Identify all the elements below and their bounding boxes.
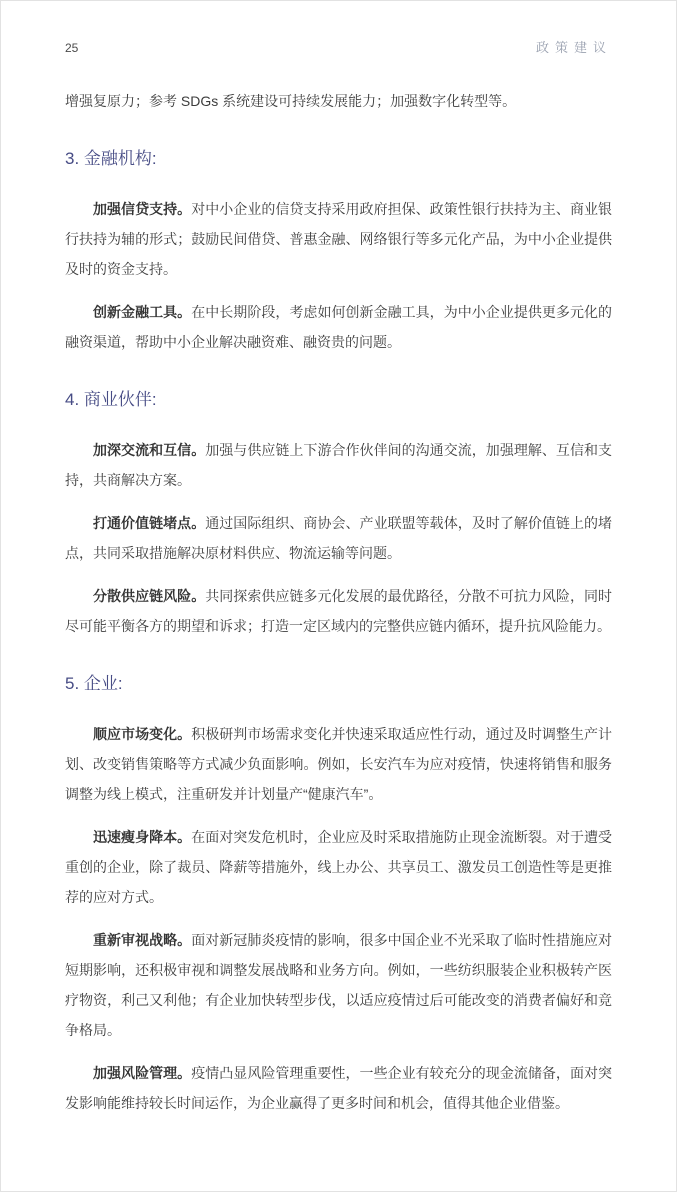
body-paragraph: 加强风险管理。疫情凸显风险管理重要性，一些企业有较充分的现金流储备，面对突发影响… xyxy=(65,1058,612,1118)
running-head-section-title: 政策建议 xyxy=(536,37,612,56)
body-paragraph: 顺应市场变化。积极研判市场需求变化并快速采取适应性行动，通过及时调整生产计划、改… xyxy=(65,719,612,809)
paragraph-lead-bold: 顺应市场变化。 xyxy=(93,726,191,742)
body-paragraph: 迅速瘦身降本。在面对突发危机时，企业应及时采取措施防止现金流断裂。对于遭受重创的… xyxy=(65,822,612,912)
paragraph-lead-bold: 加强风险管理。 xyxy=(93,1065,191,1081)
paragraph-lead-bold: 迅速瘦身降本。 xyxy=(93,829,191,845)
document-section: 4. 商业伙伴: 加深交流和互信。加强与供应链上下游合作伙伴间的沟通交流，加强理… xyxy=(65,389,612,641)
section-heading: 4. 商业伙伴: xyxy=(65,389,612,411)
body-paragraph: 加强信贷支持。对中小企业的信贷支持采用政府担保、政策性银行扶持为主、商业银行扶持… xyxy=(65,194,612,284)
body-paragraph: 打通价值链堵点。通过国际组织、商协会、产业联盟等载体，及时了解价值链上的堵点，共… xyxy=(65,508,612,568)
paragraph-lead-bold: 加强信贷支持。 xyxy=(93,201,191,217)
document-section: 5. 企业: 顺应市场变化。积极研判市场需求变化并快速采取适应性行动，通过及时调… xyxy=(65,673,612,1118)
intro-paragraph: 增强复原力；参考 SDGs 系统建设可持续发展能力；加强数字化转型等。 xyxy=(65,86,612,116)
page-header: 25 政策建议 xyxy=(65,37,612,56)
document-section: 3. 金融机构: 加强信贷支持。对中小企业的信贷支持采用政府担保、政策性银行扶持… xyxy=(65,148,612,357)
body-paragraph: 加深交流和互信。加强与供应链上下游合作伙伴间的沟通交流，加强理解、互信和支持，共… xyxy=(65,435,612,495)
body-paragraph: 分散供应链风险。共同探索供应链多元化发展的最优路径，分散不可抗力风险，同时尽可能… xyxy=(65,581,612,641)
paragraph-lead-bold: 重新审视战略。 xyxy=(93,932,191,948)
paragraph-lead-bold: 打通价值链堵点。 xyxy=(93,515,205,531)
section-heading: 3. 金融机构: xyxy=(65,148,612,170)
paragraph-lead-bold: 创新金融工具。 xyxy=(93,304,191,320)
page-number: 25 xyxy=(65,41,78,55)
paragraph-lead-bold: 分散供应链风险。 xyxy=(93,588,205,604)
section-heading: 5. 企业: xyxy=(65,673,612,695)
body-paragraph: 创新金融工具。在中长期阶段，考虑如何创新金融工具，为中小企业提供更多元化的融资渠… xyxy=(65,297,612,357)
sections-container: 3. 金融机构: 加强信贷支持。对中小企业的信贷支持采用政府担保、政策性银行扶持… xyxy=(65,148,612,1118)
paragraph-lead-bold: 加深交流和互信。 xyxy=(93,442,205,458)
document-page: 25 政策建议 增强复原力；参考 SDGs 系统建设可持续发展能力；加强数字化转… xyxy=(0,0,677,1192)
body-paragraph: 重新审视战略。面对新冠肺炎疫情的影响，很多中国企业不光采取了临时性措施应对短期影… xyxy=(65,925,612,1045)
